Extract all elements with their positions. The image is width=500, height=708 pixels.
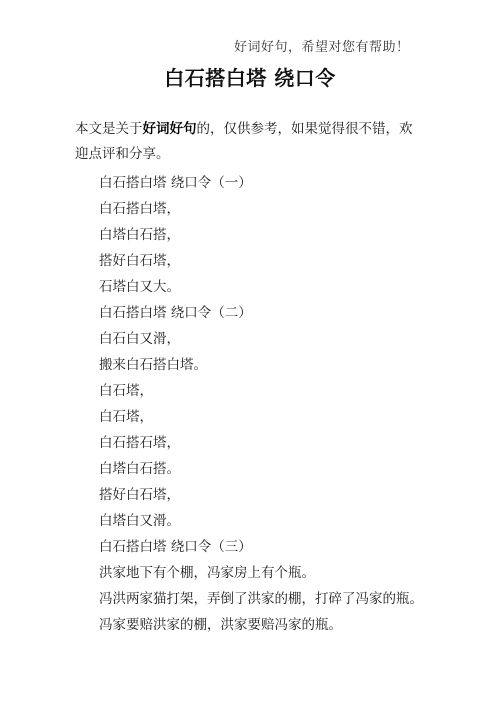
text-line: 冯家要赔洪家的棚，洪家要赔冯家的瓶。 <box>99 612 423 638</box>
text-line: 白石塔， <box>99 404 423 430</box>
text-line: 搭好白石塔， <box>99 248 423 274</box>
text-line: 白塔白石搭， <box>99 222 423 248</box>
text-line: 白塔白又滑。 <box>99 508 423 534</box>
section-heading-2: 白石搭白塔 绕口令（二） <box>99 300 423 326</box>
intro-keyword: 好词好句 <box>143 121 197 137</box>
page-header-tagline: 好词好句，希望对您有帮助！ <box>234 36 410 55</box>
text-line: 冯洪两家猫打架，弄倒了洪家的棚，打碎了冯家的瓶。 <box>99 586 423 612</box>
intro-prefix: 本文是关于 <box>75 121 143 137</box>
text-line: 白石搭石塔， <box>99 430 423 456</box>
section-heading-3: 白石搭白塔 绕口令（三） <box>99 534 423 560</box>
text-line: 白石白又滑， <box>99 326 423 352</box>
section-heading-1: 白石搭白塔 绕口令（一） <box>99 170 423 196</box>
document-title: 白石搭白塔 绕口令 <box>0 62 500 91</box>
text-line: 白塔白石搭。 <box>99 456 423 482</box>
text-line: 洪家地下有个棚，冯家房上有个瓶。 <box>99 560 423 586</box>
text-line: 白石塔， <box>99 378 423 404</box>
text-line: 搭好白石塔， <box>99 482 423 508</box>
intro-paragraph: 本文是关于好词好句的，仅供参考，如果觉得很不错，欢迎点评和分享。 <box>75 117 425 167</box>
text-line: 白石搭白塔， <box>99 196 423 222</box>
text-line: 搬来白石搭白塔。 <box>99 352 423 378</box>
text-line: 石塔白又大。 <box>99 274 423 300</box>
tongue-twister-lines: 白石搭白塔 绕口令（一） 白石搭白塔， 白塔白石搭， 搭好白石塔， 石塔白又大。… <box>99 170 423 638</box>
